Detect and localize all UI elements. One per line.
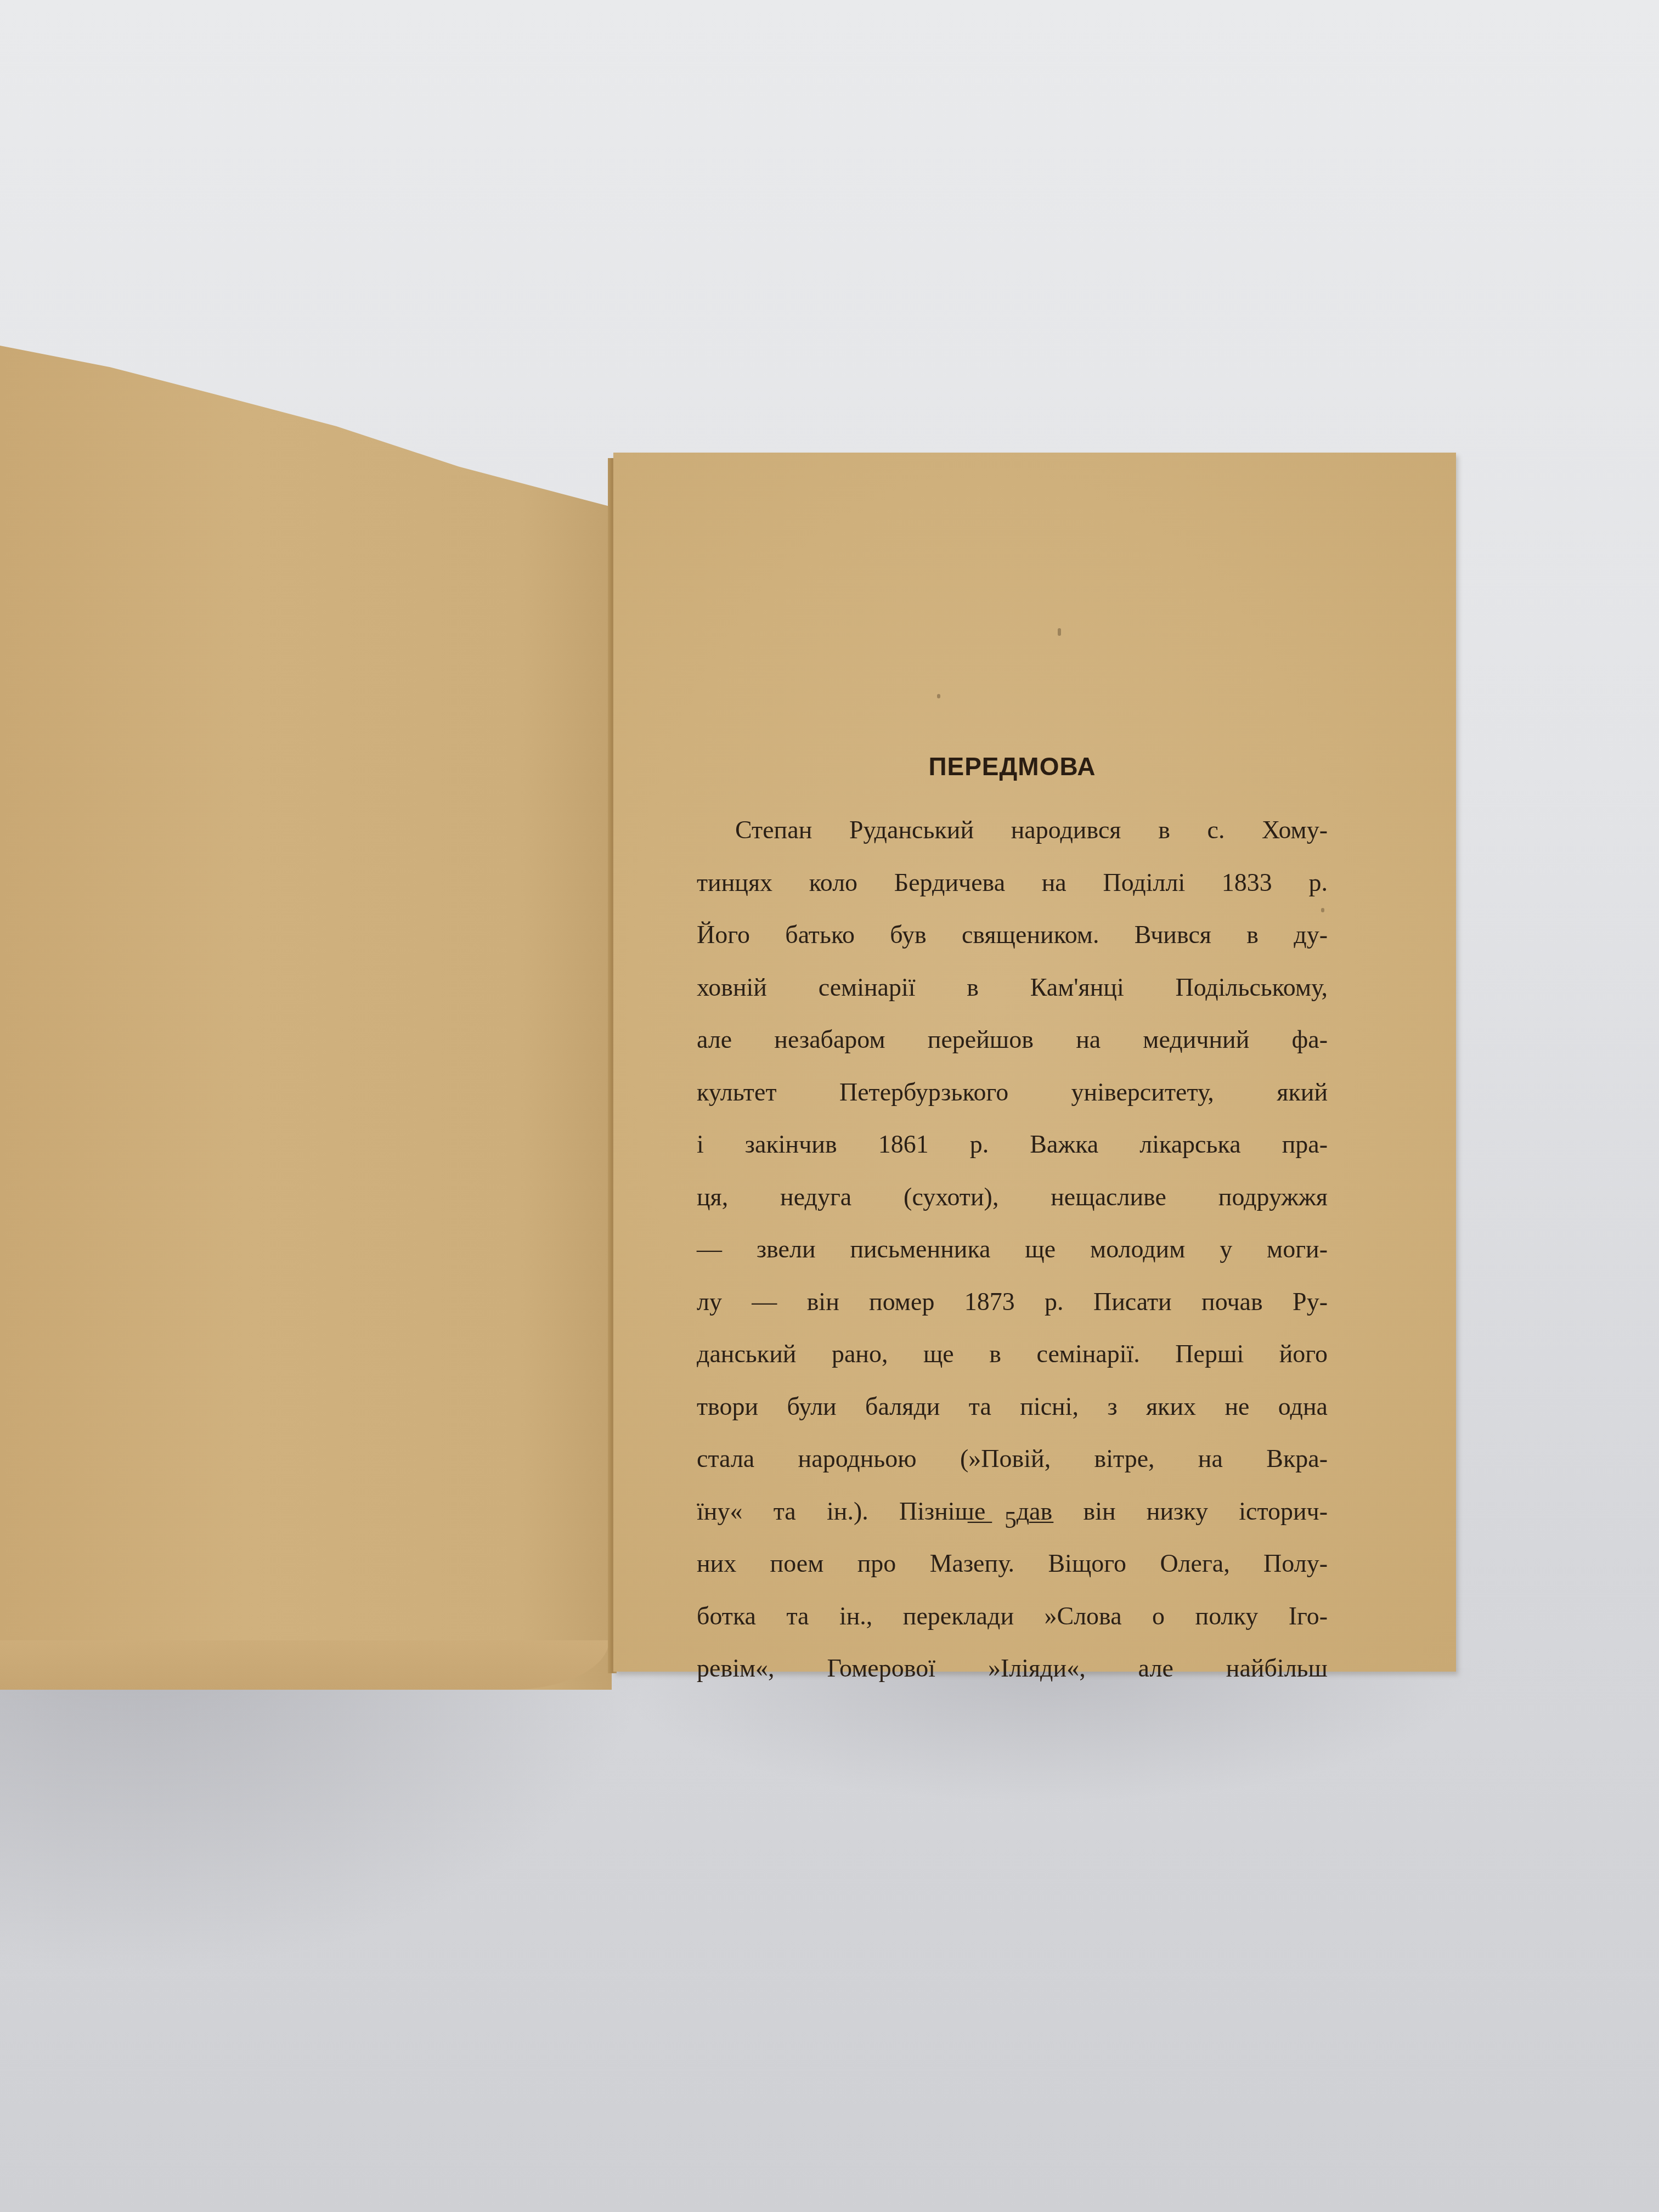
text-line: данський рано, ще в семінарії. Перші йог… [697, 1328, 1328, 1380]
photo-scene: ПЕРЕДМОВА Степан Руданський народився в … [0, 0, 1659, 2212]
text-line: ця, недуга (сухоти), нещасливе подружжя [697, 1171, 1328, 1223]
text-line: але незабаром перейшов на медичний фа- [697, 1013, 1328, 1066]
right-page: ПЕРЕДМОВА Степан Руданський народився в … [613, 453, 1456, 1672]
paper-speck [1058, 628, 1061, 636]
section-heading: ПЕРЕДМОВА [697, 752, 1328, 781]
text-line: Його батько був священиком. Вчився в ду- [697, 909, 1328, 961]
text-line: — звели письменника ще молодим у моги- [697, 1223, 1328, 1276]
text-line: і закінчив 1861 р. Важка лікарська пра- [697, 1118, 1328, 1171]
left-page [0, 346, 612, 1690]
text-line: Степан Руданський народився в с. Хому- [697, 804, 1328, 856]
text-line: культет Петербурзького університету, яки… [697, 1066, 1328, 1119]
paper-speck [937, 694, 940, 698]
text-line: ховній семінарії в Кам'янці Подільському… [697, 961, 1328, 1014]
text-line: них поем про Мазепу. Віщого Олега, Полу- [697, 1537, 1328, 1590]
text-line: ботка та ін., переклади »Слова о полку І… [697, 1590, 1328, 1643]
text-line: твори були баляди та пісні, з яких не од… [697, 1380, 1328, 1433]
text-line: лу — він помер 1873 р. Писати почав Ру- [697, 1276, 1328, 1328]
body-text: Степан Руданський народився в с. Хому- т… [697, 804, 1328, 1695]
left-page-bottom-curl [0, 1640, 609, 1690]
text-line: тинцях коло Бердичева на Поділлі 1833 р. [697, 856, 1328, 909]
page-number: — 5 — [697, 1506, 1328, 1534]
text-line: ревім«, Гомерової »Іліяди«, але найбільш [697, 1642, 1328, 1695]
text-line: стала народньою (»Повій, вітре, на Вкра- [697, 1432, 1328, 1485]
